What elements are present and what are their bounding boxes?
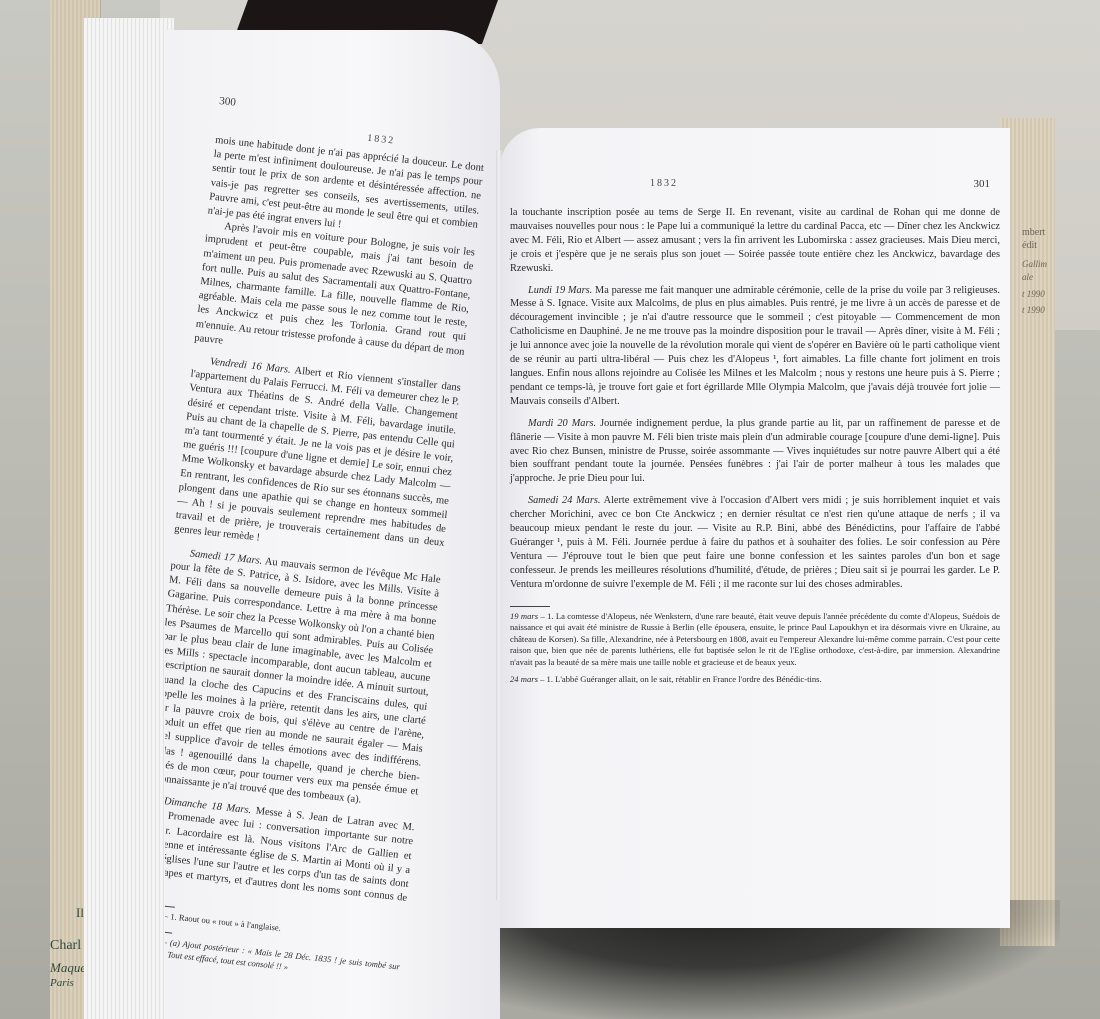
page-number: 300 bbox=[219, 95, 489, 135]
spine-text-line: Paris bbox=[50, 976, 74, 991]
paragraph: la touchante inscription posée au tems d… bbox=[510, 206, 1000, 276]
left-page: 300 1832 mois une habitude dont je n'ai … bbox=[165, 30, 500, 1019]
entry-text: Albert et Rio viennent s'installer dans … bbox=[174, 365, 461, 549]
cover-text-line: édit bbox=[1022, 239, 1037, 252]
cover-text-line: mbert bbox=[1022, 226, 1045, 239]
footnote-rule bbox=[165, 902, 175, 907]
entry-text: Messe à S. Jean de Latran avec M. Féli. … bbox=[165, 805, 415, 904]
footnote-date: 19 mars bbox=[510, 611, 538, 621]
left-page-content: 300 1832 mois une habitude dont je n'ai … bbox=[165, 95, 489, 991]
diary-entry: Mardi 20 Mars. Journée indignement perdu… bbox=[510, 417, 1000, 487]
entry-date: Lundi 19 Mars. bbox=[528, 285, 592, 296]
diary-entry: Dimanche 18 Mars. Messe à S. Jean de Lat… bbox=[165, 793, 415, 920]
diary-entry: Lundi 19 Mars. Ma paresse me fait manque… bbox=[510, 284, 1000, 409]
right-page-content: 1832 301 la touchante inscription posée … bbox=[510, 178, 1000, 692]
cover-text-line: ale bbox=[1022, 271, 1033, 284]
page-edges bbox=[84, 18, 174, 1019]
footnote-text: – 1. L'abbé Guéranger allait, on le sait… bbox=[538, 674, 822, 684]
diary-entry: Samedi 17 Mars. Au mauvais sermon de l'é… bbox=[165, 545, 441, 813]
footnote-text: – 1. La comtesse d'Alopeus, née Wenkster… bbox=[510, 611, 1000, 667]
cover-text-line: t 1990 bbox=[1022, 288, 1045, 301]
spine-text-line: Charl bbox=[50, 938, 81, 953]
entry-date: Mardi 20 Mars. bbox=[528, 418, 596, 429]
spine-text-line: Maque bbox=[50, 960, 86, 975]
paragraph: Après l'avoir mis en voiture pour Bologn… bbox=[194, 219, 476, 374]
diary-entry: Samedi 24 Mars. Alerte extrêmement vive … bbox=[510, 494, 1000, 591]
footnote-rule bbox=[165, 928, 172, 933]
entry-date: Samedi 24 Mars. bbox=[528, 495, 600, 506]
cover-text-line: Gallim bbox=[1022, 258, 1047, 271]
footnote-rule bbox=[510, 606, 550, 607]
diary-entry: Vendredi 16 Mars. Albert et Rio viennent… bbox=[174, 354, 462, 566]
footnote-date: 24 mars bbox=[510, 674, 538, 684]
entry-text: Ma paresse me fait manquer une admirable… bbox=[510, 285, 1000, 407]
footnote-text: – 1. Raout ou « rout » à l'anglaise. bbox=[165, 910, 281, 932]
cover-text-line: t 1990 bbox=[1022, 304, 1045, 317]
entry-text: Alerte extrêmement vive à l'occasion d'A… bbox=[510, 495, 1000, 589]
entry-text: Au mauvais sermon de l'évêque Mc Hale po… bbox=[165, 556, 441, 806]
footnote: 24 mars – 1. L'abbé Guéranger allait, on… bbox=[510, 674, 1000, 686]
page-number: 301 bbox=[974, 178, 991, 190]
right-page: 1832 301 la touchante inscription posée … bbox=[500, 128, 1010, 928]
running-head: 1832 bbox=[650, 178, 678, 189]
footnote: 19 mars – 1. La comtesse d'Alopeus, née … bbox=[510, 611, 1000, 669]
